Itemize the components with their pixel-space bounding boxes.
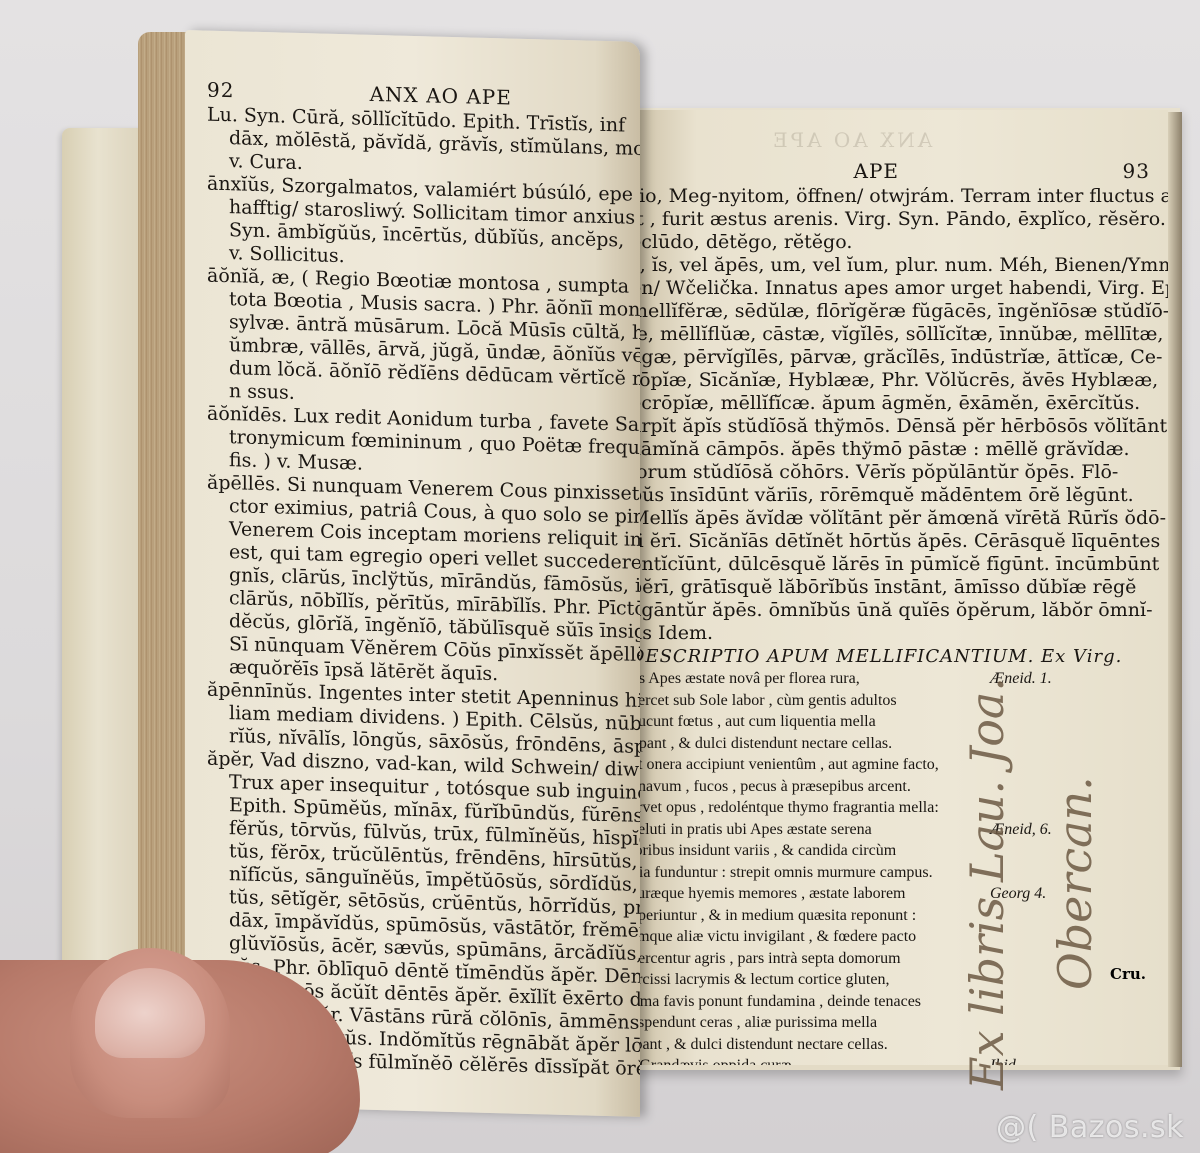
verse-line: xercet sub Sole labor , cùm gentis adult… (630, 690, 1150, 712)
verse-text: curæque hyemis memores , æstate laborem (630, 885, 905, 902)
running-head: APE 93 (630, 160, 1150, 183)
verse-text: amque aliæ victu invigilant , & fœdere p… (630, 928, 916, 945)
text-line: s, ĭs, vel ăpēs, um, vel ĭum, plur. num.… (630, 254, 1150, 277)
verse-text: veluti in pratis ubi Apes æstate serena (630, 821, 872, 838)
verse-text: xperiuntur , & in medium quæsita reponun… (630, 907, 916, 924)
photo-scene: ANX AO APE APE 93 rio, Meg-nyitom, öffne… (0, 0, 1200, 1153)
verse-line: lis Apes æstate novâ per florea rura,Æne… (630, 668, 1150, 690)
page-number: 93 (1123, 160, 1150, 183)
verse-text: uspendunt ceras , aliæ purissima mella (630, 1014, 877, 1031)
text-line: ontĭcĭūnt, dūlcēsquĕ lărēs īn pūmĭcĕ fīg… (630, 553, 1150, 576)
handwritten-name: Obercan. (1048, 776, 1102, 990)
left-page: 92 ANX AO APE Lu. Syn. Cūră, sōllĭcĭtūdo… (185, 30, 640, 1117)
page-number: 92 (207, 79, 234, 103)
text-line: ti ĕrī. Sīcănĭās dētĭnĕt hōrtŭs ăpēs. Cē… (630, 530, 1150, 553)
entry-lines: Lu. Syn. Cūră, sōllĭcĭtūdo. Epith. Trīst… (207, 104, 640, 1082)
text-line: āgāntŭr ăpēs. ōmnĭbŭs ūnă quĭēs ŏpĕrum, … (630, 599, 1150, 622)
verse-text: xercet sub Sole labor , cùm gentis adult… (630, 692, 897, 709)
running-head-title: APE (630, 160, 1123, 183)
handwritten-ex-libris: Ex libris Lau. Joa. (960, 677, 1014, 1090)
bleed-through-text: ANX AO APE (770, 128, 932, 152)
text-line: ārpĭt ăpĭs stŭdĭōsă thўmōs. Dēnsă pĕr hē… (630, 415, 1150, 438)
catchword: Cru. (1110, 965, 1146, 983)
text-line: eclūdo, dētĕgo, rĕtĕgo. (630, 231, 1150, 254)
text-line: rio, Meg-nyitom, öffnen/ otwjrám. Terram… (630, 185, 1150, 208)
verse-text: xercentur agris , pars intrà septa domor… (630, 950, 901, 967)
watermark: @( Bazos.sk (996, 1110, 1184, 1145)
verse-text: ipant , & dulci distendunt nectare cella… (630, 1036, 888, 1053)
section-heading: DESCRIPTIO APUM MELLIFICANTIUM. Ex Virg. (630, 645, 1150, 668)
verse-text: gnavum , fucos , pecus à præsepibus arce… (630, 778, 911, 795)
left-page-text: 92 ANX AO APE Lu. Syn. Cūră, sōllĭcĭtūdo… (207, 79, 640, 1082)
text-line: bŭs īnsīdūnt văriīs, rōrēmquĕ mădēntem ō… (630, 484, 1150, 507)
text-line: āgæ, pērvĭgĭlēs, pārvæ, grăcĭlēs, īndūst… (630, 346, 1150, 369)
entry-lines: rio, Meg-nyitom, öffnen/ otwjrám. Terram… (630, 185, 1150, 645)
text-line: it , furit æstus arenis. Virg. Syn. Pānd… (630, 208, 1150, 231)
verse-line: uspendunt ceras , aliæ purissima mella (630, 1012, 1150, 1034)
verse-text: loribus insidunt variis , & candida circ… (630, 842, 896, 859)
verse-text: ut onera accipiunt venientûm , aut agmin… (630, 756, 939, 773)
text-line: rōpĭæ, Sīcănĭæ, Hyblææ, Phr. Vŏlŭcrēs, ă… (630, 369, 1150, 392)
text-line: pĕrī, grātīsquĕ lăbōrĭbŭs īnstānt, āmīss… (630, 576, 1150, 599)
right-page-edge (1168, 112, 1182, 1067)
verse-text: tipant , & dulci distendunt nectare cell… (630, 735, 892, 752)
verse-text: arcissi lacrymis & lectum cortice gluten… (630, 971, 889, 988)
text-line: Mellĭs ăpēs ăvĭdæ vŏlĭtānt pĕr ămœnă vĭr… (630, 507, 1150, 530)
text-line: mellĭfĕræ, sēdŭlæ, flōrĭgĕræ fŭgācēs, īn… (630, 300, 1150, 323)
text-line: en/ Wčelička. Innatus apes amor urget ha… (630, 277, 1150, 300)
verse-line: rima favis ponunt fundamina , deinde ten… (630, 991, 1150, 1013)
verse-line: tipant , & dulci distendunt nectare cell… (630, 733, 1150, 755)
text-line: æ, mēllĭflŭæ, cāstæ, vĭgĭlēs, sōllĭcĭtæ,… (630, 323, 1150, 346)
page-fore-edge (138, 32, 188, 1022)
verse-text: ilia funduntur : strepit omnis murmure c… (630, 864, 933, 881)
verse-line: ducunt fœtus , aut cum liquentia mella (630, 711, 1150, 733)
verse-line: - Grandævis oppida curæ,Ibid. (630, 1055, 1150, 1065)
text-line: lorum stŭdĭōsă cŏhōrs. Vērĭs pŏpŭlāntŭr … (630, 461, 1150, 484)
verse-text: ducunt fœtus , aut cum liquentia mella (630, 713, 876, 730)
text-line: xāmĭnă cāmpōs. ăpēs thўmō pāstæ : mēllĕ … (630, 438, 1150, 461)
verse-text: ervet opus , redoléntque thymo fragranti… (630, 799, 939, 816)
verse-line: ut onera accipiunt venientûm , aut agmin… (630, 754, 1150, 776)
text-line: ŭs Idem. (630, 622, 1150, 645)
verse-line: ipant , & dulci distendunt nectare cella… (630, 1034, 1150, 1056)
verse-text: - Grandævis oppida curæ, (630, 1057, 795, 1065)
text-line: ecrōpĭæ, mēllĭfĭcæ. ăpum āgmĕn, ēxāmĕn, … (630, 392, 1150, 415)
verse-text: lis Apes æstate novâ per florea rura, (630, 670, 860, 687)
verse-text: rima favis ponunt fundamina , deinde ten… (630, 993, 921, 1010)
